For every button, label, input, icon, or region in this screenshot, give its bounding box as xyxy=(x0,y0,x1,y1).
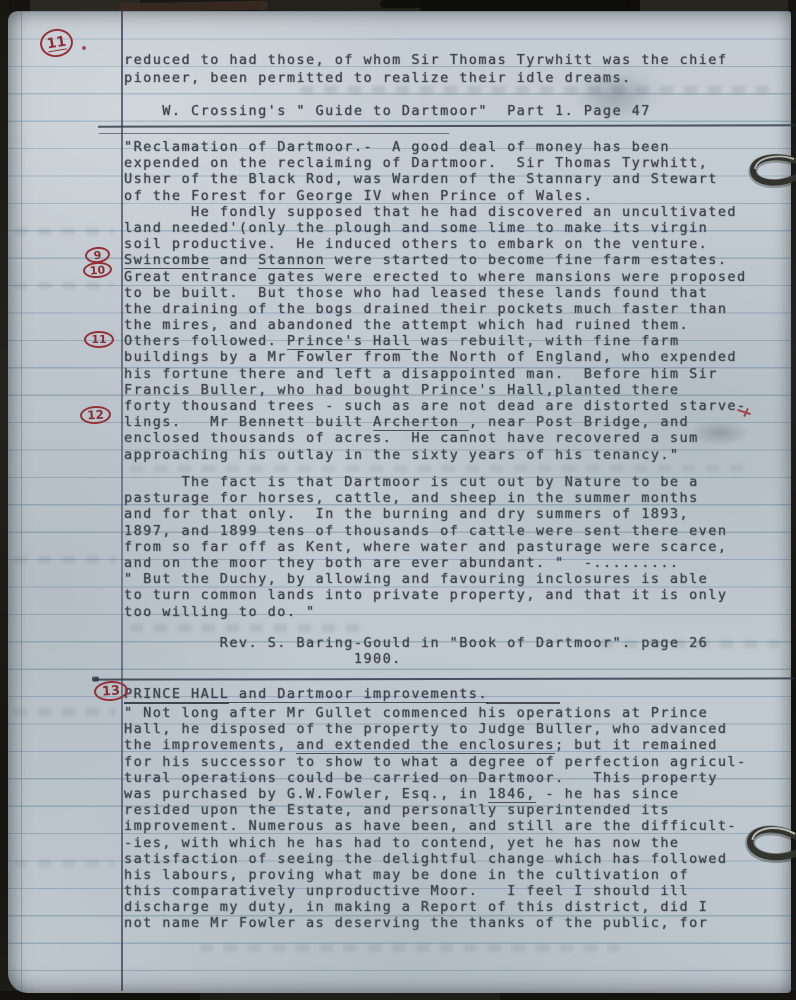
text-line: pasturage for horses, cattle, and sheep … xyxy=(124,490,727,506)
text-line: forty thousand trees - such as are not d… xyxy=(124,398,747,414)
text-line: improvement. Numerous as have been, and … xyxy=(124,818,747,834)
scanned-notebook-page: reduced to had those, of whom Sir Thomas… xyxy=(0,0,796,1000)
source-citation-crossing: W. Crossing's " Guide to Dartmoor" Part … xyxy=(124,103,651,119)
text-line: lings. Mr Bennett built Archerton , near… xyxy=(124,414,747,430)
quote-prince-hall-improvements: " Not long after Mr Gullet commenced his… xyxy=(124,705,747,932)
attribution-baring-gould: Rev. S. Baring-Gould in "Book of Dartmoo… xyxy=(124,635,708,667)
text-line: for his successor to show to what a degr… xyxy=(124,754,747,770)
bleedthrough-smudge xyxy=(130,624,370,632)
text-line: the improvements, and extended the enclo… xyxy=(124,737,747,753)
top-edge-mark xyxy=(380,0,630,8)
text-line: Usher of the Black Rod, was Warden of th… xyxy=(124,171,747,187)
margin-number-circle: 11 xyxy=(84,331,114,348)
section-heading-prince-hall: PRINCE HALL and Dartmoor improvements. xyxy=(124,686,488,702)
text-line: The fact is that Dartmoor is cut out by … xyxy=(124,474,727,490)
paragraph-dartmoor-pasturage: The fact is that Dartmoor is cut out by … xyxy=(124,474,727,620)
text-line: from so far off as Kent, where water and… xyxy=(124,539,727,555)
quote-reclamation-of-dartmoor: "Reclamation of Dartmoor.- A good deal o… xyxy=(124,139,747,463)
text-line: Rev. S. Baring-Gould in "Book of Dartmoo… xyxy=(124,635,708,651)
text-line: this comparatively unproductive Moor. I … xyxy=(124,883,747,899)
text-line: not name Mr Fowler as deserving the than… xyxy=(124,915,747,931)
text-line: and on the moor they both are ever abund… xyxy=(124,555,727,571)
text-line: 1897, and 1899 tens of thousands of catt… xyxy=(124,523,727,539)
heading-underline-extension xyxy=(486,702,560,704)
text-line: W. Crossing's " Guide to Dartmoor" Part … xyxy=(124,103,651,119)
text-line: Hall, he disposed of the property to Jud… xyxy=(124,721,747,737)
ink-dot xyxy=(82,46,86,50)
text-line: He fondly supposed that he had discovere… xyxy=(124,204,747,220)
bleedthrough-smudge xyxy=(14,708,116,716)
bleedthrough-smudge xyxy=(300,86,770,94)
text-line: his labours, proving what may be done in… xyxy=(124,867,747,883)
bleedthrough-smudge xyxy=(14,860,114,867)
bleedthrough-smudge xyxy=(200,944,620,952)
text-line: satisfaction of seeing the delightful ch… xyxy=(124,851,747,867)
text-line: land needed'(only the plough and some li… xyxy=(124,220,747,236)
text-line: " Not long after Mr Gullet commenced his… xyxy=(124,705,747,721)
text-line: approaching his outlay in the sixty year… xyxy=(124,447,747,463)
text-line: too willing to do. " xyxy=(124,604,727,620)
binder-ring-icon xyxy=(738,812,796,882)
text-line: tural operations could be carried on Dar… xyxy=(124,770,747,786)
text-line: -ies, with which he has had to contend, … xyxy=(124,835,747,851)
bleedthrough-smudge xyxy=(14,228,114,235)
bleedthrough-smudge xyxy=(14,282,114,289)
margin-rule-line xyxy=(121,11,123,991)
text-line: Others followed. Prince's Hall was rebui… xyxy=(124,333,747,349)
red-ink-tick xyxy=(737,407,753,417)
text-line: soil productive. He induced others to em… xyxy=(124,236,747,252)
text-line: to be built. But those who had leased th… xyxy=(124,285,747,301)
text-line: Great entrance gates were erected to whe… xyxy=(124,269,747,285)
text-line: the mires, and abandoned the attempt whi… xyxy=(124,317,747,333)
text-line: 1900. xyxy=(124,651,708,667)
text-line: pioneer, been permitted to realize their… xyxy=(124,69,727,87)
text-line: buildings by a Mr Fowler from the North … xyxy=(124,349,747,365)
text-line: Francis Buller, who had bought Prince's … xyxy=(124,382,747,398)
text-line: and for that only. In the burning and dr… xyxy=(124,506,727,522)
text-line: was purchased by G.W.Fowler, Esq., in 18… xyxy=(124,786,747,802)
text-line: PRINCE HALL and Dartmoor improvements. xyxy=(124,686,488,702)
hand-drawn-divider xyxy=(99,133,449,134)
text-line: of the Forest for George IV when Prince … xyxy=(124,188,747,204)
bleedthrough-smudge xyxy=(14,556,116,563)
text-line: discharge my duty, in making a Report of… xyxy=(124,899,747,915)
bleedthrough-smudge xyxy=(130,465,750,472)
paper-crease xyxy=(21,11,22,992)
text-line: resided upon the Estate, and personally … xyxy=(124,802,747,818)
binder-ring-icon xyxy=(744,146,796,206)
text-line: the draining of the bogs drained their p… xyxy=(124,301,747,317)
intro-paragraph: reduced to had those, of whom Sir Thomas… xyxy=(124,51,727,87)
text-line: "Reclamation of Dartmoor.- A good deal o… xyxy=(124,139,747,155)
text-line: expended on the reclaiming of Dartmoor. … xyxy=(124,155,747,171)
page-number: 11 xyxy=(46,34,68,52)
text-line: to turn common lands into private proper… xyxy=(124,587,727,603)
text-line: enclosed thousands of acres. He cannot h… xyxy=(124,430,747,446)
text-line: Swincombe and Stannon were started to be… xyxy=(124,252,747,268)
text-line: his fortune there and left a disappointe… xyxy=(124,366,747,382)
text-line: " But the Duchy, by allowing and favouri… xyxy=(124,571,727,587)
text-line: reduced to had those, of whom Sir Thomas… xyxy=(124,51,727,69)
